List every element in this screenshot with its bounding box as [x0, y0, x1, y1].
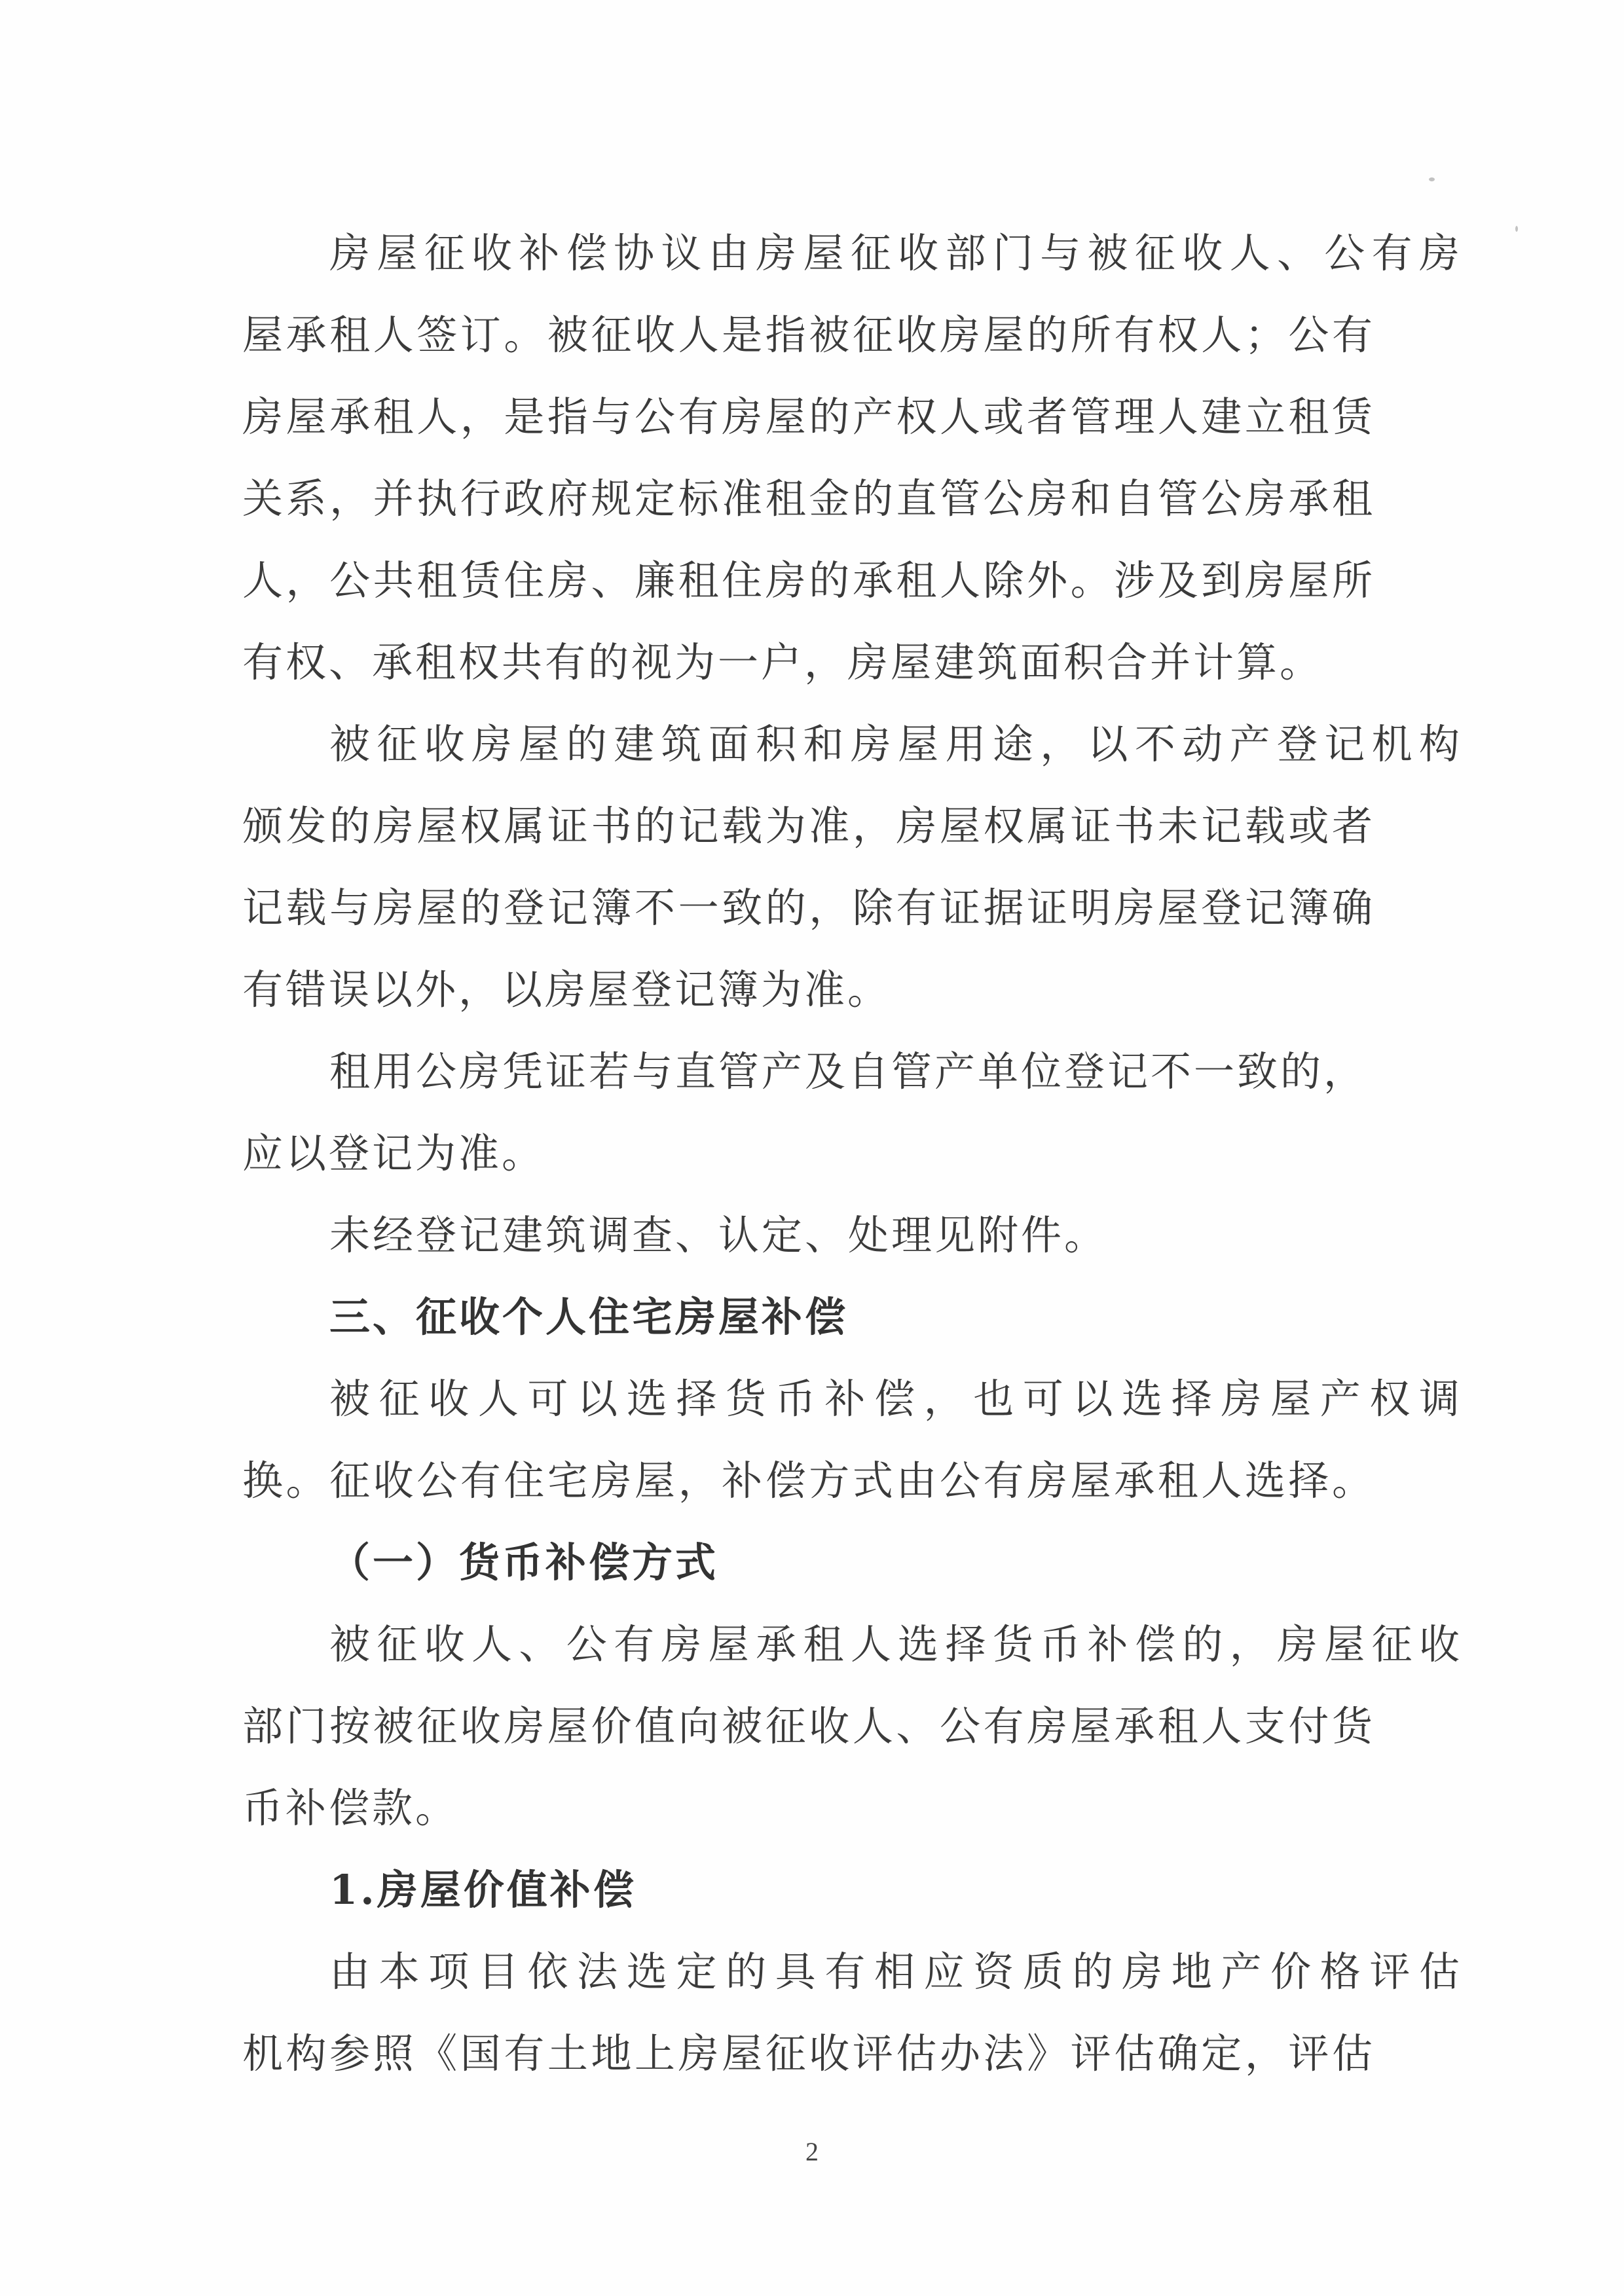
- paragraph-line: 币补偿款。: [242, 1782, 1375, 1834]
- scan-speck: [1429, 177, 1435, 181]
- paragraph-line: 有权、承租权共有的视为一户，房屋建筑面积合并计算。: [242, 636, 1375, 689]
- paragraph-line: 关系，并执行政府规定标准租金的直管公房和自管公房承租: [242, 473, 1375, 525]
- paragraph-line: 被征收人可以选择货币补偿，也可以选择房屋产权调: [329, 1373, 1462, 1425]
- paragraph-line: 屋承租人签订。被征收人是指被征收房屋的所有权人；公有: [242, 309, 1375, 361]
- item-heading: 1.房屋价值补偿: [329, 1864, 1462, 1916]
- subsection-heading: （一）货币补偿方式: [329, 1537, 1462, 1589]
- paragraph-line: 房屋承租人，是指与公有房屋的产权人或者管理人建立租赁: [242, 391, 1375, 443]
- section-heading: 三、征收个人住宅房屋补偿: [329, 1291, 1462, 1343]
- paragraph-line: 换。征收公有住宅房屋，补偿方式由公有房屋承租人选择。: [242, 1455, 1375, 1507]
- paragraph-line: 未经登记建筑调查、认定、处理见附件。: [329, 1209, 1462, 1262]
- paragraph-line: 人，公共租赁住房、廉租住房的承租人除外。涉及到房屋所: [242, 555, 1375, 607]
- paragraph-line: 租用公房凭证若与直管产及自管产单位登记不一致的，: [329, 1046, 1462, 1098]
- paragraph-line: 应以登记为准。: [242, 1127, 1375, 1180]
- paragraph-line: 颁发的房屋权属证书的记载为准，房屋权属证书未记载或者: [242, 800, 1375, 852]
- document-page: 房屋征收补偿协议由房屋征收部门与被征收人、公有房 屋承租人签订。被征收人是指被征…: [0, 0, 1624, 2296]
- paragraph-line: 由本项目依法选定的具有相应资质的房地产价格评估: [329, 1946, 1462, 1998]
- paragraph-line: 被征收房屋的建筑面积和房屋用途，以不动产登记机构: [329, 718, 1462, 771]
- paragraph-line: 机构参照《国有土地上房屋征收评估办法》评估确定，评估: [242, 2028, 1375, 2080]
- paragraph-line: 部门按被征收房屋价值向被征收人、公有房屋承租人支付货: [242, 1700, 1375, 1753]
- page-number: 2: [786, 2136, 838, 2168]
- paragraph-line: 记载与房屋的登记簿不一致的，除有证据证明房屋登记簿确: [242, 882, 1375, 934]
- paragraph-line: 房屋征收补偿协议由房屋征收部门与被征收人、公有房: [329, 227, 1462, 280]
- scan-speck: [1515, 226, 1518, 232]
- paragraph-line: 被征收人、公有房屋承租人选择货币补偿的，房屋征收: [329, 1618, 1462, 1671]
- paragraph-line: 有错误以外，以房屋登记簿为准。: [242, 964, 1375, 1016]
